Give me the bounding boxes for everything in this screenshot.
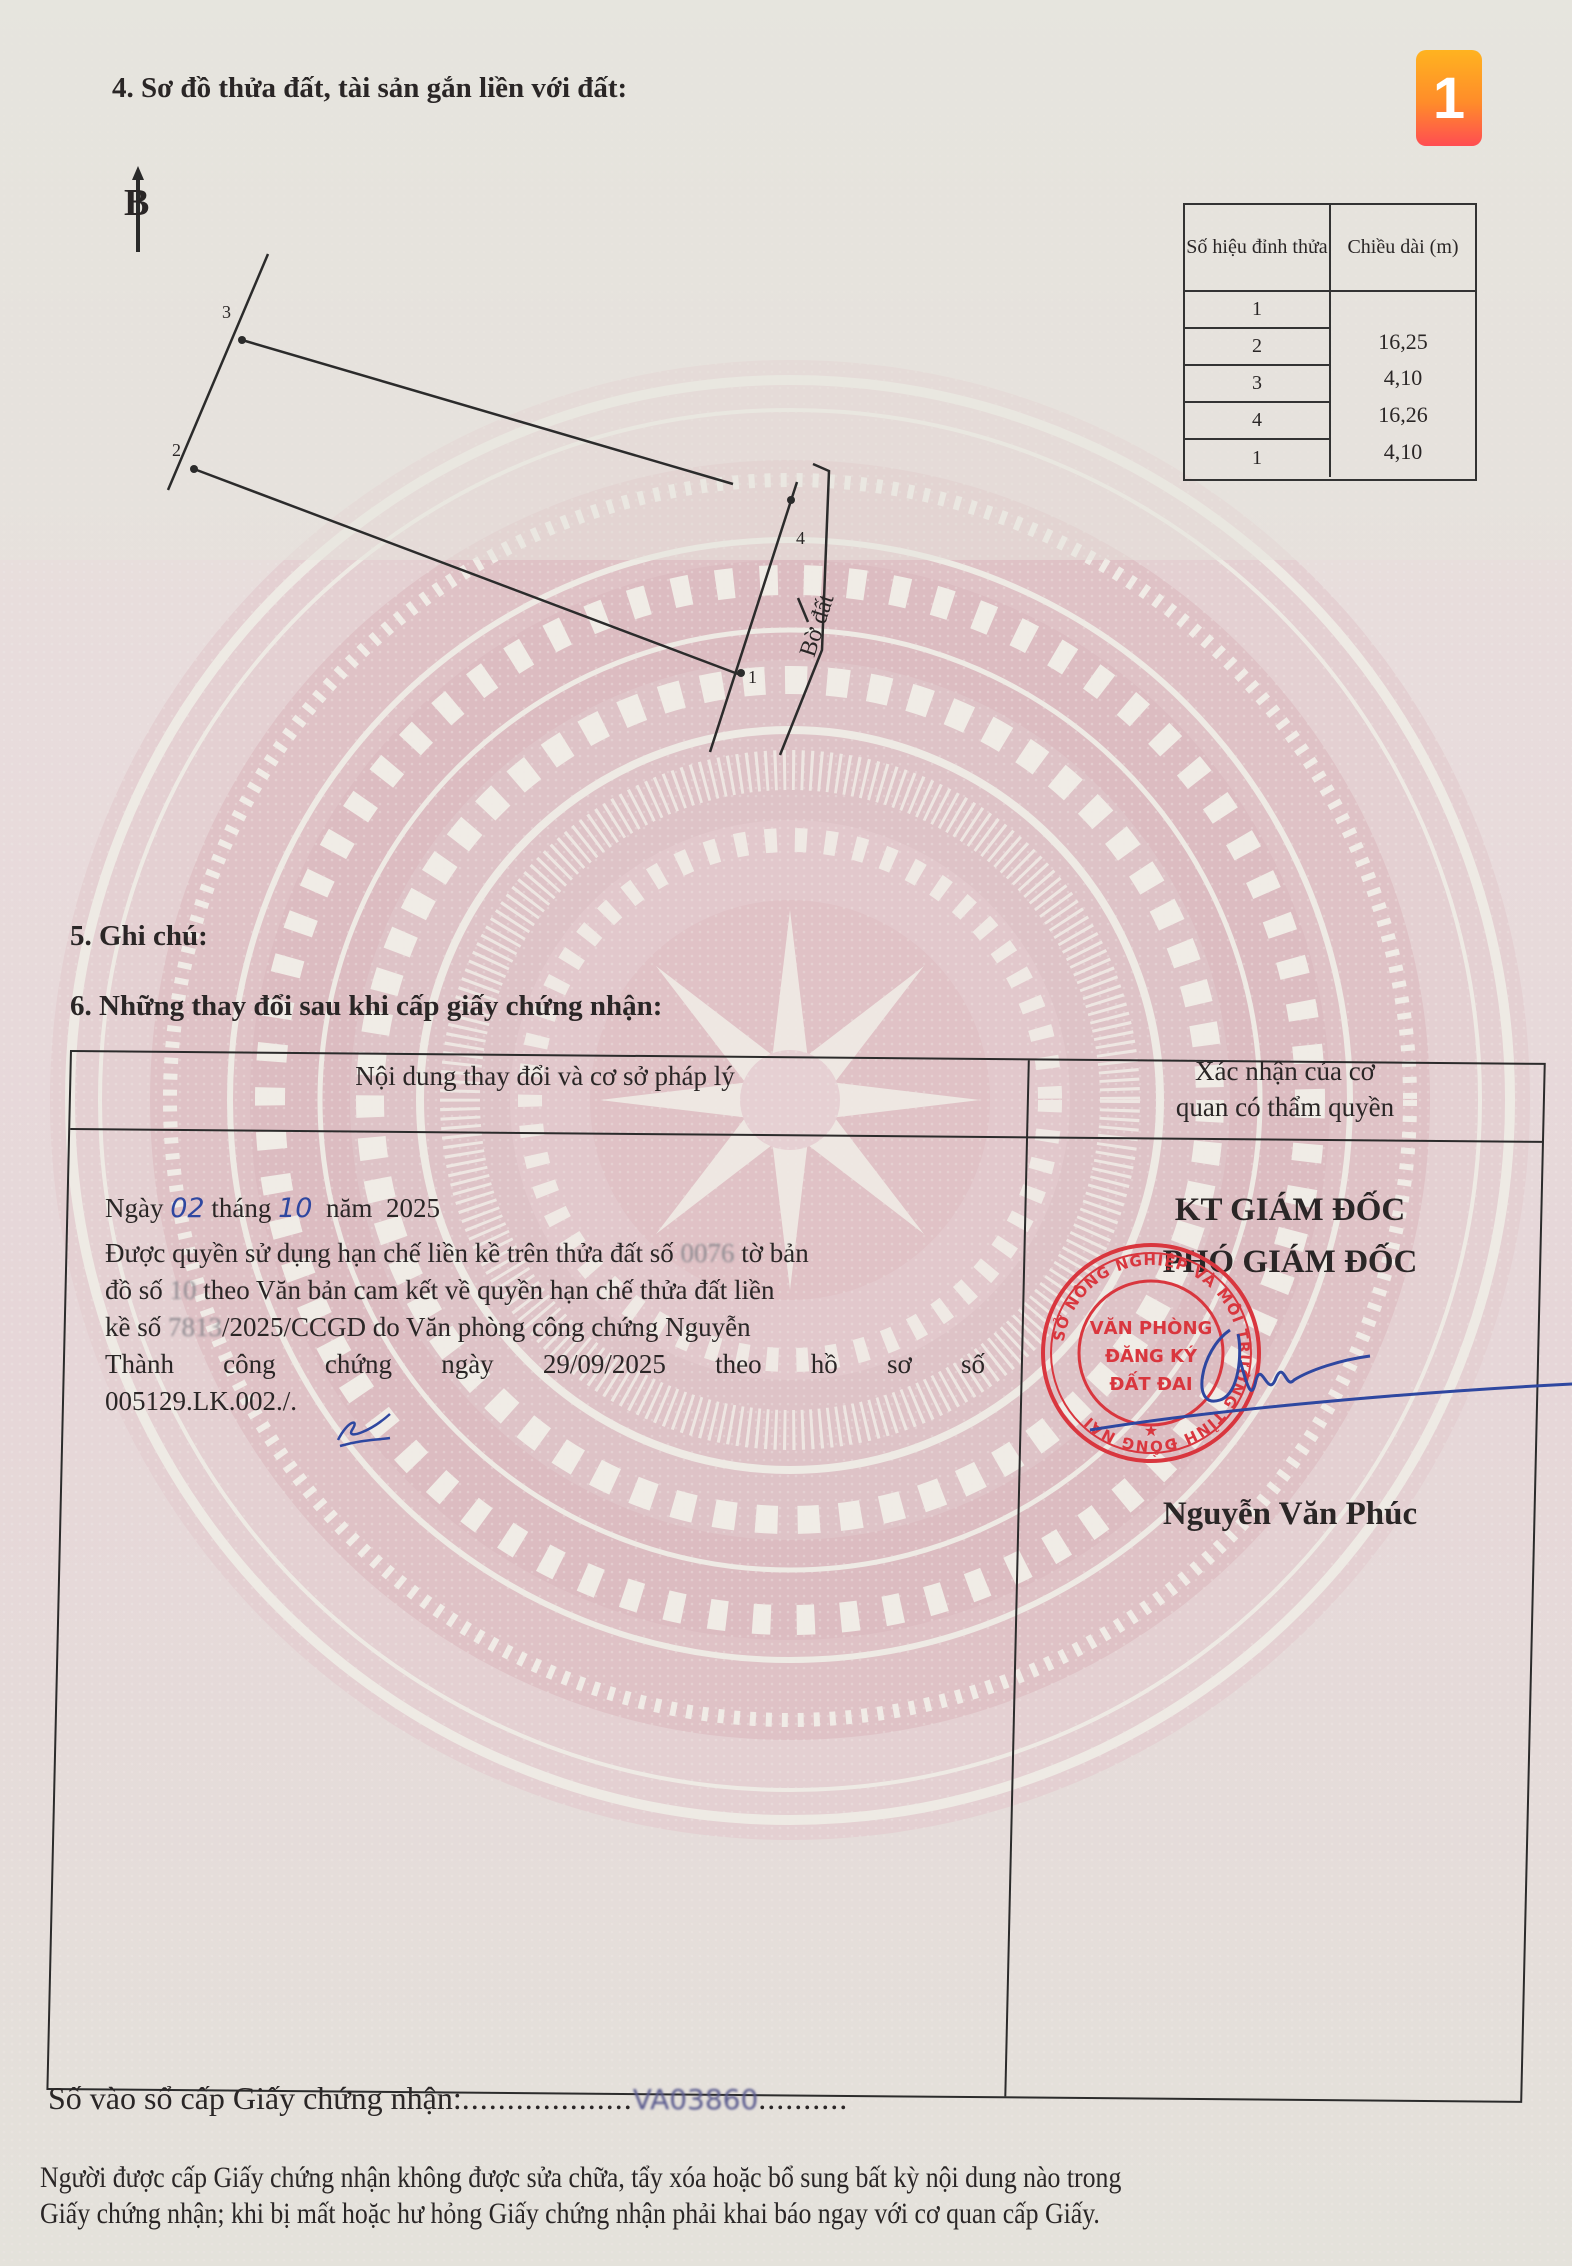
year-label: năm [326,1193,373,1223]
vertex-cell: 1 [1185,440,1331,477]
length-cell: 16,25 [1331,329,1475,355]
length-cell: 4,10 [1331,439,1475,465]
vertex-cell: 2 [1185,329,1331,366]
entry-date: Ngày 02 tháng 10 năm 2025 [105,1190,985,1227]
entry-line: Được quyền sử dụng hạn chế liền kề trên … [105,1235,985,1272]
dots: ................... [462,2080,633,2116]
length-cell: 16,26 [1331,402,1475,428]
entry-text: kề số [105,1312,161,1342]
parcel-number-redacted: 0076 [681,1238,735,1268]
length-header: Chiều dài (m) [1331,205,1475,292]
vertex-label-1: 1 [748,667,757,688]
entry-text: đồ số [105,1275,163,1305]
register-label: Số vào sổ cấp Giấy chứng nhận: [48,2080,462,2116]
signer-title-1: KT GIÁM ĐỐC [1040,1192,1540,1229]
warning-line-2: Giấy chứng nhận; khi bị mất hoặc hư hỏng… [40,2196,1339,2232]
date-prefix: Ngày [105,1193,163,1223]
handwritten-day: 02 [170,1193,204,1224]
entry-line: kề số 7813/2025/CCGD do Văn phòng công c… [105,1309,985,1346]
entry-line: 005129.LK.002./. [105,1383,985,1420]
vertex-cell: 4 [1185,403,1331,440]
legal-warning: Người được cấp Giấy chứng nhận không đượ… [40,2160,1339,2232]
change-entry: Ngày 02 tháng 10 năm 2025 Được quyền sử … [105,1190,985,1420]
vertex-header: Số hiệu đỉnh thửa [1185,205,1331,292]
entry-text: tờ bản [741,1238,809,1268]
document-number-redacted: 7813 [168,1312,222,1342]
vertex-label-2: 2 [172,440,181,461]
entry-text: /2025/CCGD do Văn phòng công chứng Nguyễ… [222,1312,751,1342]
entry-text: theo Văn bản cam kết về quyền hạn chế th… [203,1275,774,1305]
signature [1080,1320,1572,1450]
section6-title: 6. Những thay đổi sau khi cấp giấy chứng… [70,990,662,1023]
entry-text: Được quyền sử dụng hạn chế liền kề trên … [105,1238,674,1268]
handwritten-initials [330,1410,410,1450]
column-divider [1004,1060,1030,2096]
header-content: Nội dung thay đổi và cơ sở pháp lý [70,1058,1020,1094]
dots: .......... [758,2080,848,2116]
vertex-cell: 1 [1185,292,1331,329]
entry-line: đồ số 10 theo Văn bản cam kết về quyền h… [105,1272,985,1309]
header-confirmation-line2: quan có thẩm quyền [1030,1089,1540,1125]
vertex-length-table: Số hiệu đỉnh thửa Chiều dài (m) 1 2 3 4 … [1183,203,1477,481]
map-number-redacted: 10 [170,1275,197,1305]
register-number-line: Số vào sổ cấp Giấy chứng nhận:..........… [48,2080,848,2117]
length-cell: 4,10 [1331,365,1475,391]
register-number-redacted: VA03860 [633,2083,759,2116]
header-divider [70,1128,1542,1143]
header-confirmation-line1: Xác nhận của cơ [1030,1053,1540,1089]
section5-title: 5. Ghi chú: [70,920,208,953]
signer-name: Nguyễn Văn Phúc [1040,1496,1540,1533]
entry-line: Thành công chứng ngày 29/09/2025 theo hồ… [105,1346,985,1383]
year-value: 2025 [386,1193,440,1223]
handwritten-month: 10 [278,1193,312,1224]
vertex-label-3: 3 [222,302,231,323]
header-confirmation: Xác nhận của cơ quan có thẩm quyền [1030,1053,1540,1126]
entry-text: 005129.LK.002./. [105,1386,297,1416]
vertex-cell: 3 [1185,366,1331,403]
warning-line-1: Người được cấp Giấy chứng nhận không đượ… [40,2160,1339,2196]
month-label: tháng [211,1193,271,1223]
vertex-label-4: 4 [796,528,805,549]
